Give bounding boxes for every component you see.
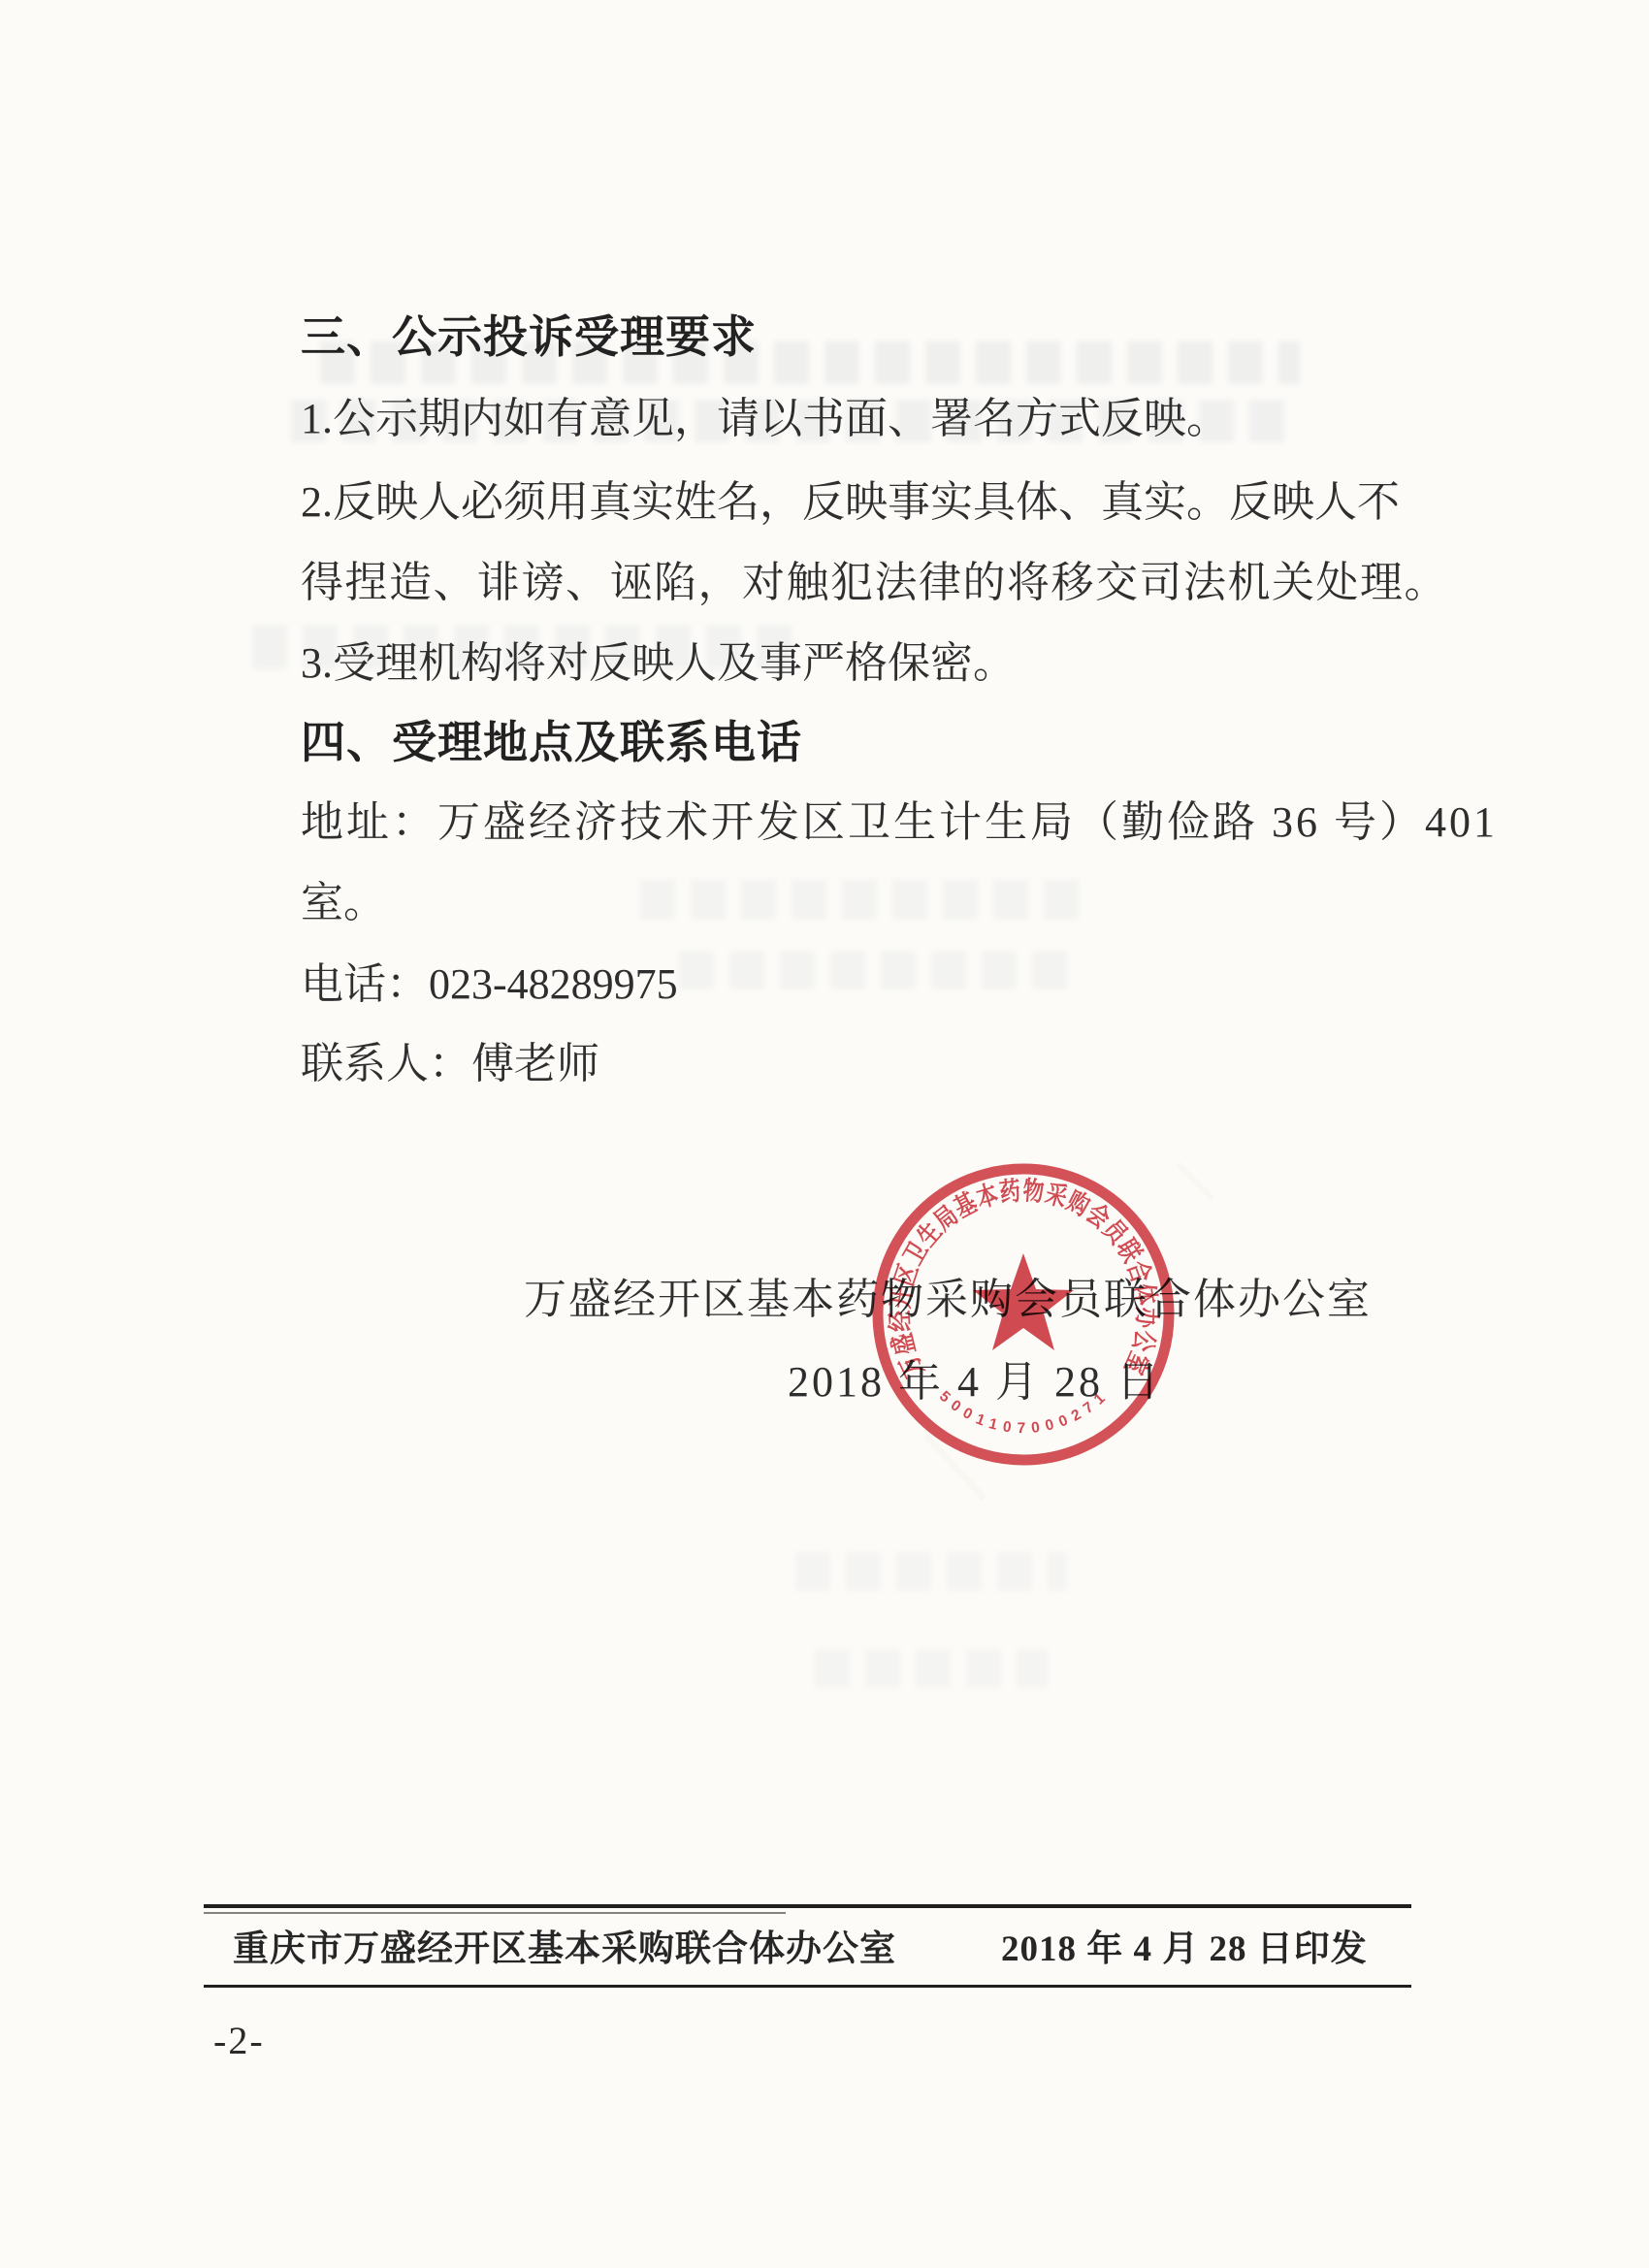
page-number: -2- [213, 2018, 265, 2064]
footer-top-rule [204, 1904, 1411, 1908]
scanned-document-page: 三、公示投诉受理要求 1.公示期内如有意见，请以书面、署名方式反映。 2.反映人… [0, 0, 1649, 2268]
footer-issuer: 重庆市万盛经开区基本采购联合体办公室 [233, 1927, 896, 1973]
seal-code: 5001107000271 [936, 1387, 1112, 1437]
footer-bottom-rule [204, 1985, 1411, 1988]
footer-print-date: 2018 年 4 月 28 日印发 [1001, 1927, 1368, 1973]
footer-top-rule-shadow [204, 1912, 786, 1914]
seal-star-icon [973, 1253, 1074, 1350]
scan-crease [1179, 1164, 1212, 1199]
